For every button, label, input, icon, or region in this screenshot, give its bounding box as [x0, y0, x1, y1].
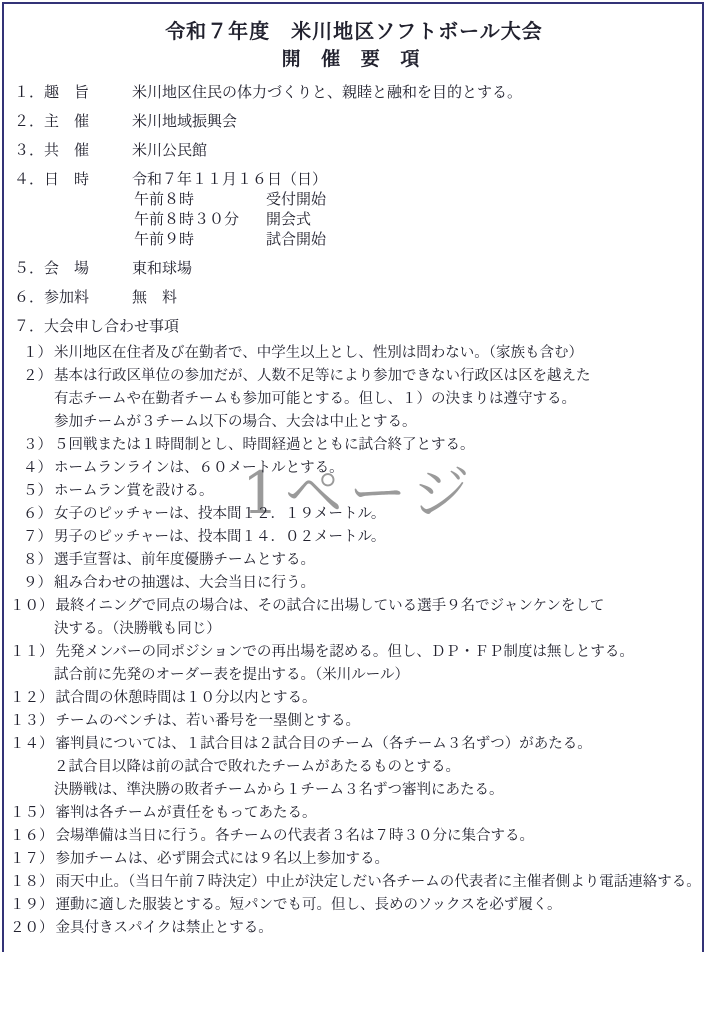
item-label: 日 時: [44, 169, 132, 189]
document-page-border: 1ページ 令和７年度 米川地区ソフトボール大会 開 催 要 項 １． 趣 旨 米…: [2, 2, 704, 952]
rule-text: 女子のピッチャーは、投本間１２．１９メートル。: [52, 504, 698, 524]
rule-text: ５回戦または１時間制とし、時間経過とともに試合終了とする。: [52, 435, 698, 455]
rule-number: ９）: [10, 573, 52, 593]
rule-number: [10, 619, 52, 639]
rule-line: １７） 参加チームは、必ず開会式には９名以上参加する。: [10, 849, 698, 869]
document-subtitle: 開 催 要 項: [10, 46, 698, 72]
item-label: 参加料: [44, 287, 132, 307]
rule-line: １４） 審判員については、１試合目は２試合目のチーム（各チーム３名ずつ）があたる…: [10, 734, 698, 754]
item-number: ７．: [10, 316, 44, 336]
item-value: 東和球場: [132, 258, 698, 278]
numbered-item: ７． 大会申し合わせ事項: [10, 316, 698, 336]
rule-text: 会場準備は当日に行う。各チームの代表者３名は７時３０分に集合する。: [54, 826, 699, 846]
schedule-time: 午前８時３０分: [134, 209, 266, 229]
document-title: 令和７年度 米川地区ソフトボール大会: [10, 18, 698, 44]
items-section: １． 趣 旨 米川地区住民の体力づくりと、親睦と融和を目的とする。 ２． 主 催…: [10, 82, 698, 336]
item-number: １．: [10, 82, 44, 102]
rule-line: １） 米川地区在住者及び在勤者で、中学生以上とし、性別は問わない。（家族も含む）: [10, 343, 698, 363]
numbered-item: ３． 共 催 米川公民館: [10, 140, 698, 160]
rule-line: ３） ５回戦または１時間制とし、時間経過とともに試合終了とする。: [10, 435, 698, 455]
rule-number: [10, 412, 52, 432]
rule-number: １３）: [10, 711, 54, 731]
rule-text: 審判は各チームが責任をもってあたる。: [54, 803, 699, 823]
rule-number: １７）: [10, 849, 54, 869]
rule-line: １３） チームのベンチは、若い番号を一塁側とする。: [10, 711, 698, 731]
rules-section: １） 米川地区在住者及び在勤者で、中学生以上とし、性別は問わない。（家族も含む）…: [10, 343, 698, 938]
item-number: ５．: [10, 258, 44, 278]
rule-number: ４）: [10, 458, 52, 478]
item-number: ６．: [10, 287, 44, 307]
rule-text: 金具付きスパイクは禁止とする。: [54, 918, 699, 938]
item-value: 米川地域振興会: [132, 111, 698, 131]
item-number: ４．: [10, 169, 44, 189]
rule-text: ２試合目以降は前の試合で敗れたチームがあたるものとする。: [52, 757, 698, 777]
rule-line: ２０） 金具付きスパイクは禁止とする。: [10, 918, 698, 938]
rule-number: １１）: [10, 642, 54, 662]
schedule-row: 午前８時 受付開始: [10, 189, 698, 209]
item-value: 無 料: [132, 287, 698, 307]
rule-number: ６）: [10, 504, 52, 524]
rule-line: ７） 男子のピッチャーは、投本間１４．０２メートル。: [10, 527, 698, 547]
document-content: 令和７年度 米川地区ソフトボール大会 開 催 要 項 １． 趣 旨 米川地区住民…: [4, 4, 702, 938]
rule-text: 参加チームは、必ず開会式には９名以上参加する。: [54, 849, 699, 869]
rule-number: [10, 780, 52, 800]
rule-number: １２）: [10, 688, 54, 708]
item-label: 共 催: [44, 140, 132, 160]
rule-line: ８） 選手宣誓は、前年度優勝チームとする。: [10, 550, 698, 570]
rule-number: ２）: [10, 366, 52, 386]
rule-text: 運動に適した服装とする。短パンでも可。但し、長めのソックスを必ず履く。: [54, 895, 699, 915]
rule-number: ８）: [10, 550, 52, 570]
rule-text: 選手宣誓は、前年度優勝チームとする。: [52, 550, 698, 570]
rule-line: ９） 組み合わせの抽選は、大会当日に行う。: [10, 573, 698, 593]
rule-line: １５） 審判は各チームが責任をもってあたる。: [10, 803, 698, 823]
rule-line: １１） 先発メンバーの同ポジションでの再出場を認める。但し、ＤＰ・ＦＰ制度は無し…: [10, 642, 698, 662]
schedule-time: 午前９時: [134, 229, 266, 249]
schedule-time: 午前８時: [134, 189, 266, 209]
rule-text: ホームラン賞を設ける。: [52, 481, 698, 501]
item-value: 米川公民館: [132, 140, 698, 160]
rule-text: 先発メンバーの同ポジションでの再出場を認める。但し、ＤＰ・ＦＰ制度は無しとする。: [54, 642, 699, 662]
schedule-event: 受付開始: [266, 189, 326, 209]
rule-line: １８） 雨天中止。（当日午前７時決定）中止が決定しだい各チームの代表者に主催者側…: [10, 872, 698, 892]
rule-number: [10, 389, 52, 409]
rule-line: 決勝戦は、準決勝の敗者チームから１チーム３名ずつ審判にあたる。: [10, 780, 698, 800]
schedule-event: 試合開始: [266, 229, 326, 249]
rule-number: １）: [10, 343, 52, 363]
rule-number: ５）: [10, 481, 52, 501]
rule-number: １９）: [10, 895, 54, 915]
rule-text: 基本は行政区単位の参加だが、人数不足等により参加できない行政区は区を越えた: [52, 366, 698, 386]
numbered-item: ２． 主 催 米川地域振興会: [10, 111, 698, 131]
rule-text: 試合前に先発のオーダー表を提出する。（米川ルール）: [52, 665, 698, 685]
item-value: [179, 316, 698, 336]
schedule-event: 開会式: [266, 209, 311, 229]
rule-line: 決する。（決勝戦も同じ）: [10, 619, 698, 639]
rule-text: 試合間の休憩時間は１０分以内とする。: [54, 688, 699, 708]
numbered-item: ６． 参加料 無 料: [10, 287, 698, 307]
rule-text: 参加チームが３チーム以下の場合、大会は中止とする。: [52, 412, 698, 432]
item-label: 趣 旨: [44, 82, 132, 102]
rule-text: 決する。（決勝戦も同じ）: [52, 619, 698, 639]
rule-line: １９） 運動に適した服装とする。短パンでも可。但し、長めのソックスを必ず履く。: [10, 895, 698, 915]
rule-text: 組み合わせの抽選は、大会当日に行う。: [52, 573, 698, 593]
rule-text: 決勝戦は、準決勝の敗者チームから１チーム３名ずつ審判にあたる。: [52, 780, 698, 800]
rule-number: １８）: [10, 872, 54, 892]
rule-line: ２） 基本は行政区単位の参加だが、人数不足等により参加できない行政区は区を越えた: [10, 366, 698, 386]
rule-line: ２試合目以降は前の試合で敗れたチームがあたるものとする。: [10, 757, 698, 777]
schedule-row: 午前９時 試合開始: [10, 229, 698, 249]
item-label: 主 催: [44, 111, 132, 131]
rule-number: １５）: [10, 803, 54, 823]
rule-line: 参加チームが３チーム以下の場合、大会は中止とする。: [10, 412, 698, 432]
schedule-row: 午前８時３０分 開会式: [10, 209, 698, 229]
item-value: 米川地区住民の体力づくりと、親睦と融和を目的とする。: [132, 82, 698, 102]
rule-line: ５） ホームラン賞を設ける。: [10, 481, 698, 501]
item-number: ２．: [10, 111, 44, 131]
rule-text: 雨天中止。（当日午前７時決定）中止が決定しだい各チームの代表者に主催者側より電話…: [54, 872, 701, 892]
numbered-item: １． 趣 旨 米川地区住民の体力づくりと、親睦と融和を目的とする。: [10, 82, 698, 102]
item-value: 令和７年１１月１６日（日）: [132, 169, 698, 189]
rule-text: 有志チームや在勤者チームも参加可能とする。但し、１）の決まりは遵守する。: [52, 389, 698, 409]
rule-number: [10, 757, 52, 777]
rule-number: ２０）: [10, 918, 54, 938]
rule-text: 最終イニングで同点の場合は、その試合に出場している選手９名でジャンケンをして: [54, 596, 699, 616]
numbered-item: ５． 会 場 東和球場: [10, 258, 698, 278]
rule-text: 男子のピッチャーは、投本間１４．０２メートル。: [52, 527, 698, 547]
rule-line: ４） ホームランラインは、６０メートルとする。: [10, 458, 698, 478]
rule-line: 有志チームや在勤者チームも参加可能とする。但し、１）の決まりは遵守する。: [10, 389, 698, 409]
rule-text: 米川地区在住者及び在勤者で、中学生以上とし、性別は問わない。（家族も含む）: [52, 343, 698, 363]
numbered-item: ４． 日 時 令和７年１１月１６日（日）: [10, 169, 698, 189]
rule-number: １０）: [10, 596, 54, 616]
rule-text: チームのベンチは、若い番号を一塁側とする。: [54, 711, 699, 731]
rule-text: 審判員については、１試合目は２試合目のチーム（各チーム３名ずつ）があたる。: [54, 734, 699, 754]
rule-number: １６）: [10, 826, 54, 846]
item-label: 会 場: [44, 258, 132, 278]
rule-number: １４）: [10, 734, 54, 754]
rule-line: １２） 試合間の休憩時間は１０分以内とする。: [10, 688, 698, 708]
rule-number: [10, 665, 52, 685]
rule-line: 試合前に先発のオーダー表を提出する。（米川ルール）: [10, 665, 698, 685]
rule-text: ホームランラインは、６０メートルとする。: [52, 458, 698, 478]
title-block: 令和７年度 米川地区ソフトボール大会 開 催 要 項: [10, 18, 698, 72]
item-number: ３．: [10, 140, 44, 160]
rule-line: １０） 最終イニングで同点の場合は、その試合に出場している選手９名でジャンケンを…: [10, 596, 698, 616]
item-label: 大会申し合わせ事項: [44, 316, 179, 336]
rule-number: ３）: [10, 435, 52, 455]
rule-line: １６） 会場準備は当日に行う。各チームの代表者３名は７時３０分に集合する。: [10, 826, 698, 846]
rule-line: ６） 女子のピッチャーは、投本間１２．１９メートル。: [10, 504, 698, 524]
rule-number: ７）: [10, 527, 52, 547]
